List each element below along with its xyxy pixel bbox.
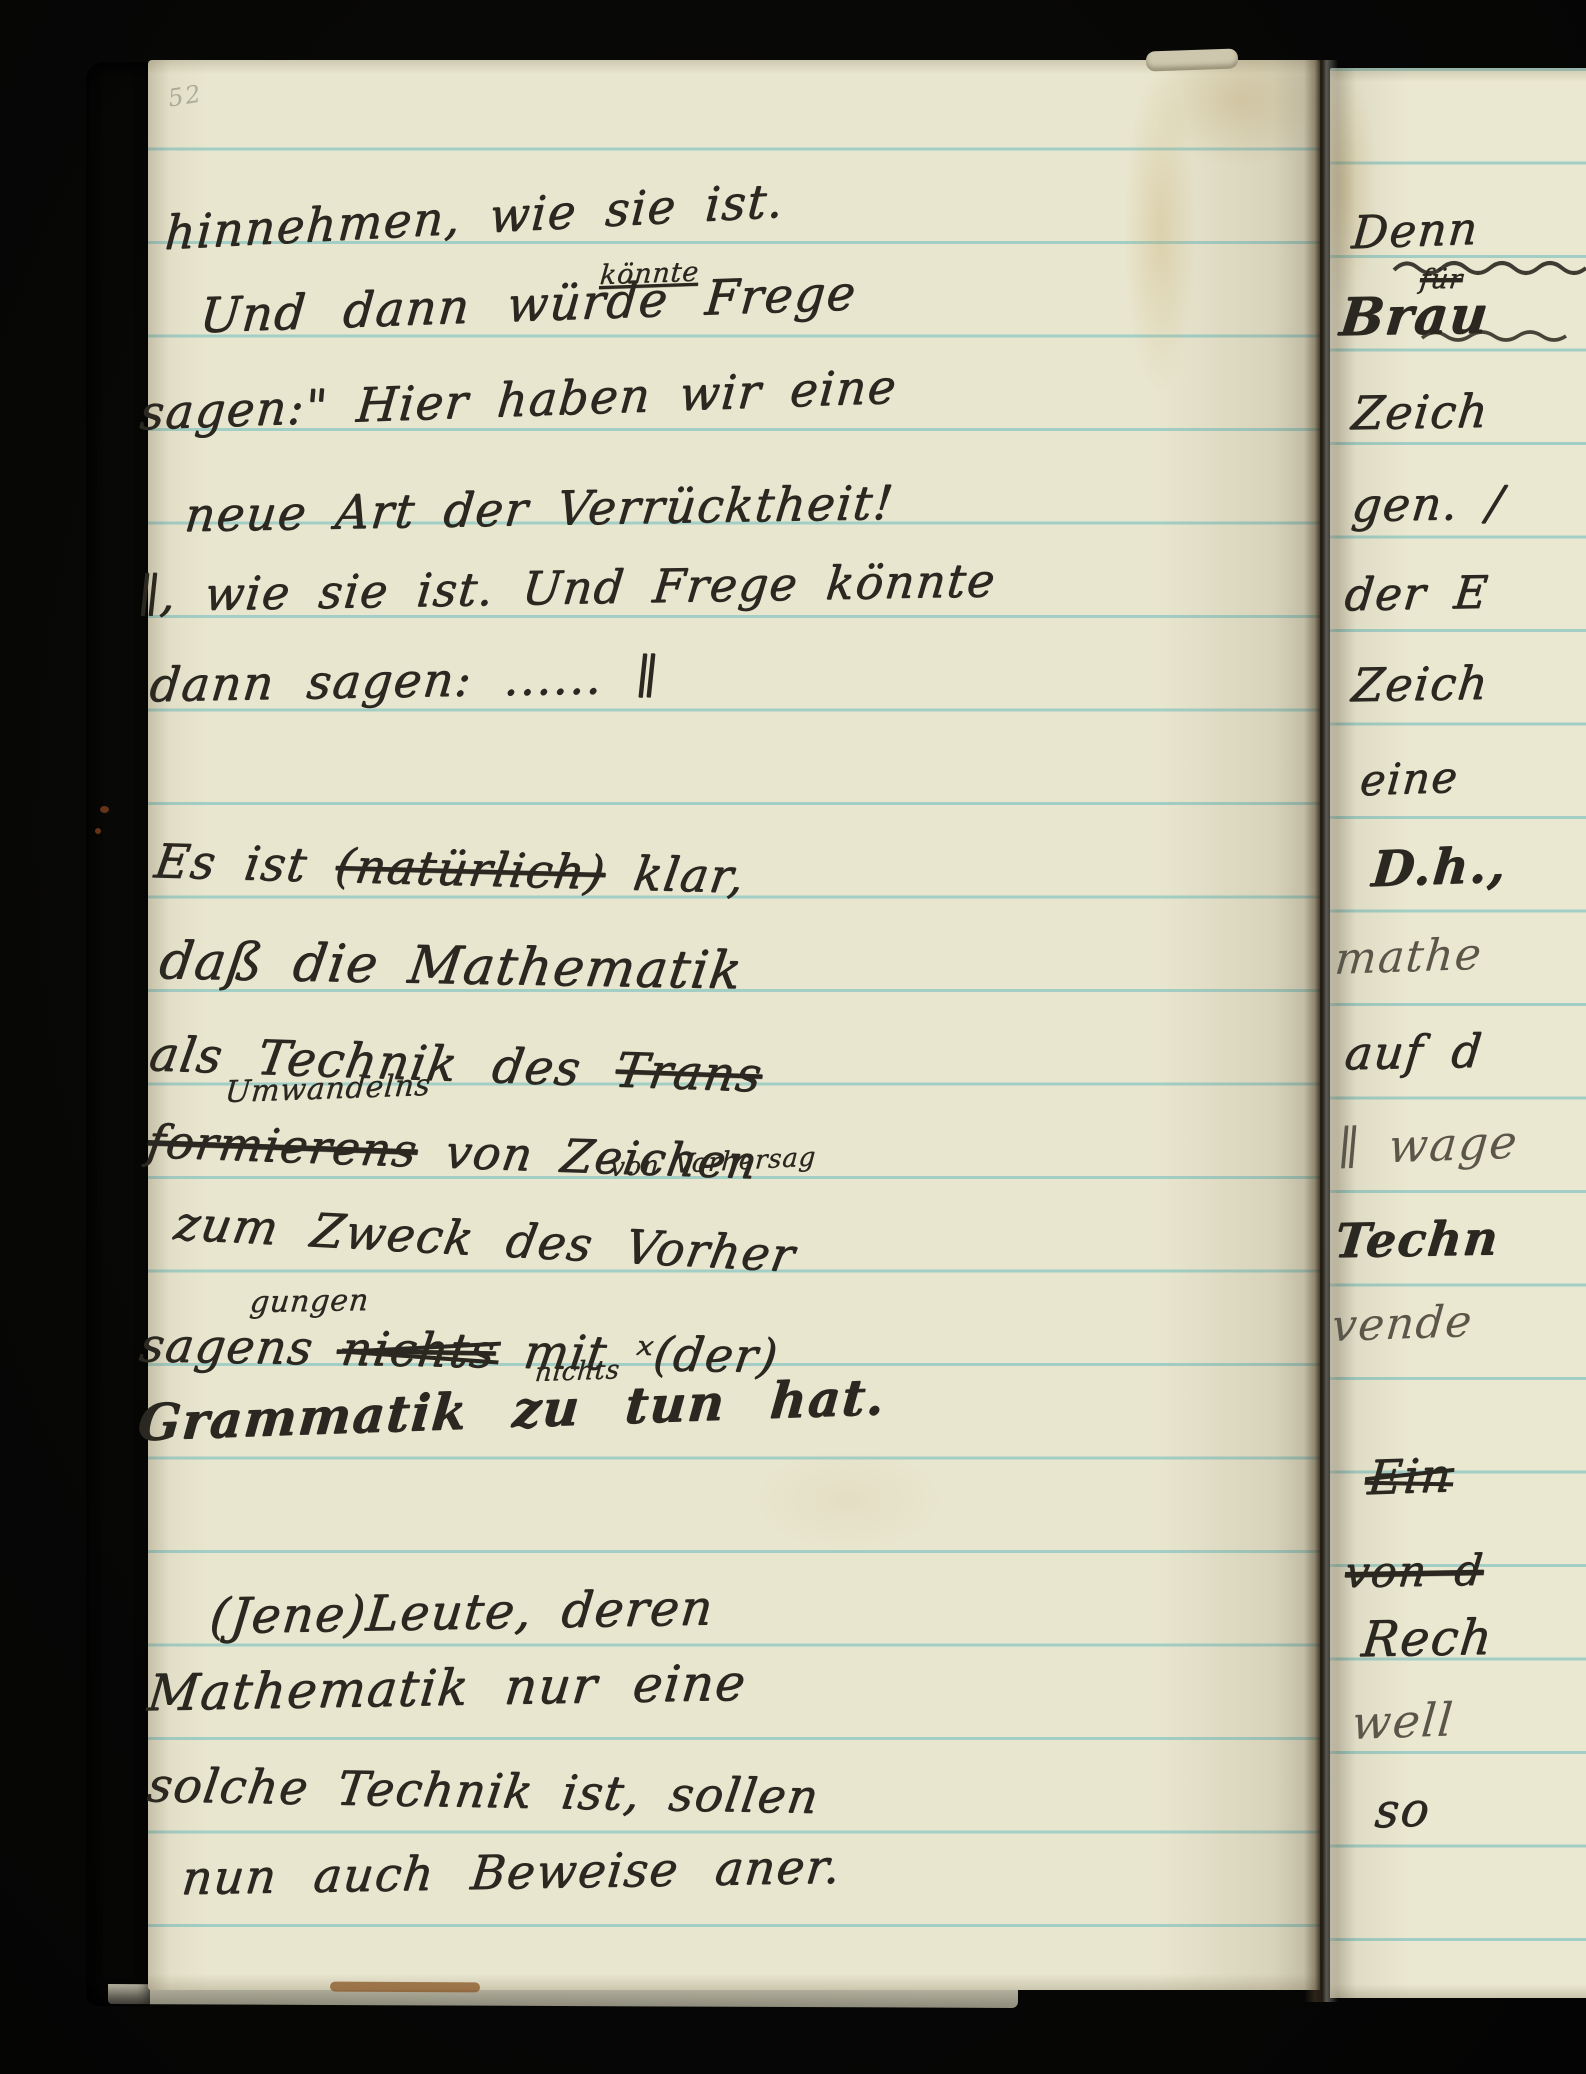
handwritten-line: ∥, wie sie ist. Und Frege könnte	[136, 557, 999, 618]
handwritten-fragment: von d	[1343, 1550, 1486, 1596]
handwritten-insertion: gungen	[248, 1286, 370, 1318]
handwritten-fragment: eine	[1358, 756, 1460, 803]
struck-word: Trans	[611, 1042, 766, 1103]
handwritten-fragment: mathe	[1333, 933, 1484, 982]
handwritten-insertion: Umwandelns	[224, 1071, 432, 1108]
rust-spot	[95, 828, 101, 834]
handwritten-line: sagens nichts mit ˣ(der)	[137, 1322, 782, 1380]
crossout-squiggle	[1392, 252, 1586, 348]
handwritten-fragment: Techn	[1333, 1215, 1502, 1265]
pencil-mark: 52	[166, 79, 205, 112]
bottom-edge-stain	[330, 1982, 480, 1993]
struck-word: formierens	[144, 1114, 422, 1177]
handwritten-fragment: ∥ wage	[1336, 1119, 1520, 1171]
handwritten-line: nun auch Beweise aner.	[180, 1843, 844, 1902]
handwritten-line: neue Art der Verrücktheit!	[183, 480, 897, 539]
handwritten-fragment: Zeich	[1350, 660, 1492, 708]
struck-word: (natürlich)	[332, 839, 610, 901]
text-segment: sagens	[136, 1318, 346, 1376]
gutter-crease	[1304, 60, 1338, 2002]
handwritten-fragment: D.h.,	[1370, 840, 1509, 894]
handwritten-fragment: vende	[1330, 1300, 1475, 1349]
handwritten-fragment: gen. ∕	[1350, 479, 1507, 528]
handwritten-fragment: so	[1373, 1786, 1433, 1835]
handwritten-fragment: auf d	[1343, 1028, 1485, 1076]
scribbled-out-word: nichts	[338, 1322, 500, 1380]
handwritten-line: dann sagen: ...... ∥	[148, 653, 662, 709]
handwritten-line: (Jene)Leute, deren	[207, 1583, 716, 1641]
handwritten-line: Mathematik nur eine	[145, 1658, 749, 1719]
text-segment: Es ist	[151, 834, 340, 894]
handwritten-line: Es ist (natürlich) klar,	[152, 838, 749, 900]
scribbled-out-word: Ein	[1366, 1448, 1455, 1506]
handwritten-fragment: Ein	[1366, 1452, 1454, 1502]
handwritten-fragment: Rech	[1359, 1613, 1495, 1664]
manuscript-photo: 52 hinnehmen, wie sie ist. könnte Und da…	[0, 0, 1586, 2074]
handwritten-line: daß die Mathematik	[156, 935, 746, 997]
struck-word: von d	[1342, 1546, 1486, 1599]
paper-fiber-tuft	[1146, 48, 1239, 71]
text-segment: klar,	[601, 846, 749, 904]
handwritten-fragment: Denn	[1350, 205, 1481, 255]
rust-spot	[100, 806, 109, 813]
handwritten-line: solche Technik ist, sollen	[145, 1762, 823, 1821]
handwritten-fragment: well	[1350, 1696, 1456, 1746]
handwritten-fragment: Zeich	[1350, 388, 1492, 436]
handwritten-fragment: der E	[1343, 569, 1491, 617]
page-stack-edges	[86, 62, 150, 2006]
